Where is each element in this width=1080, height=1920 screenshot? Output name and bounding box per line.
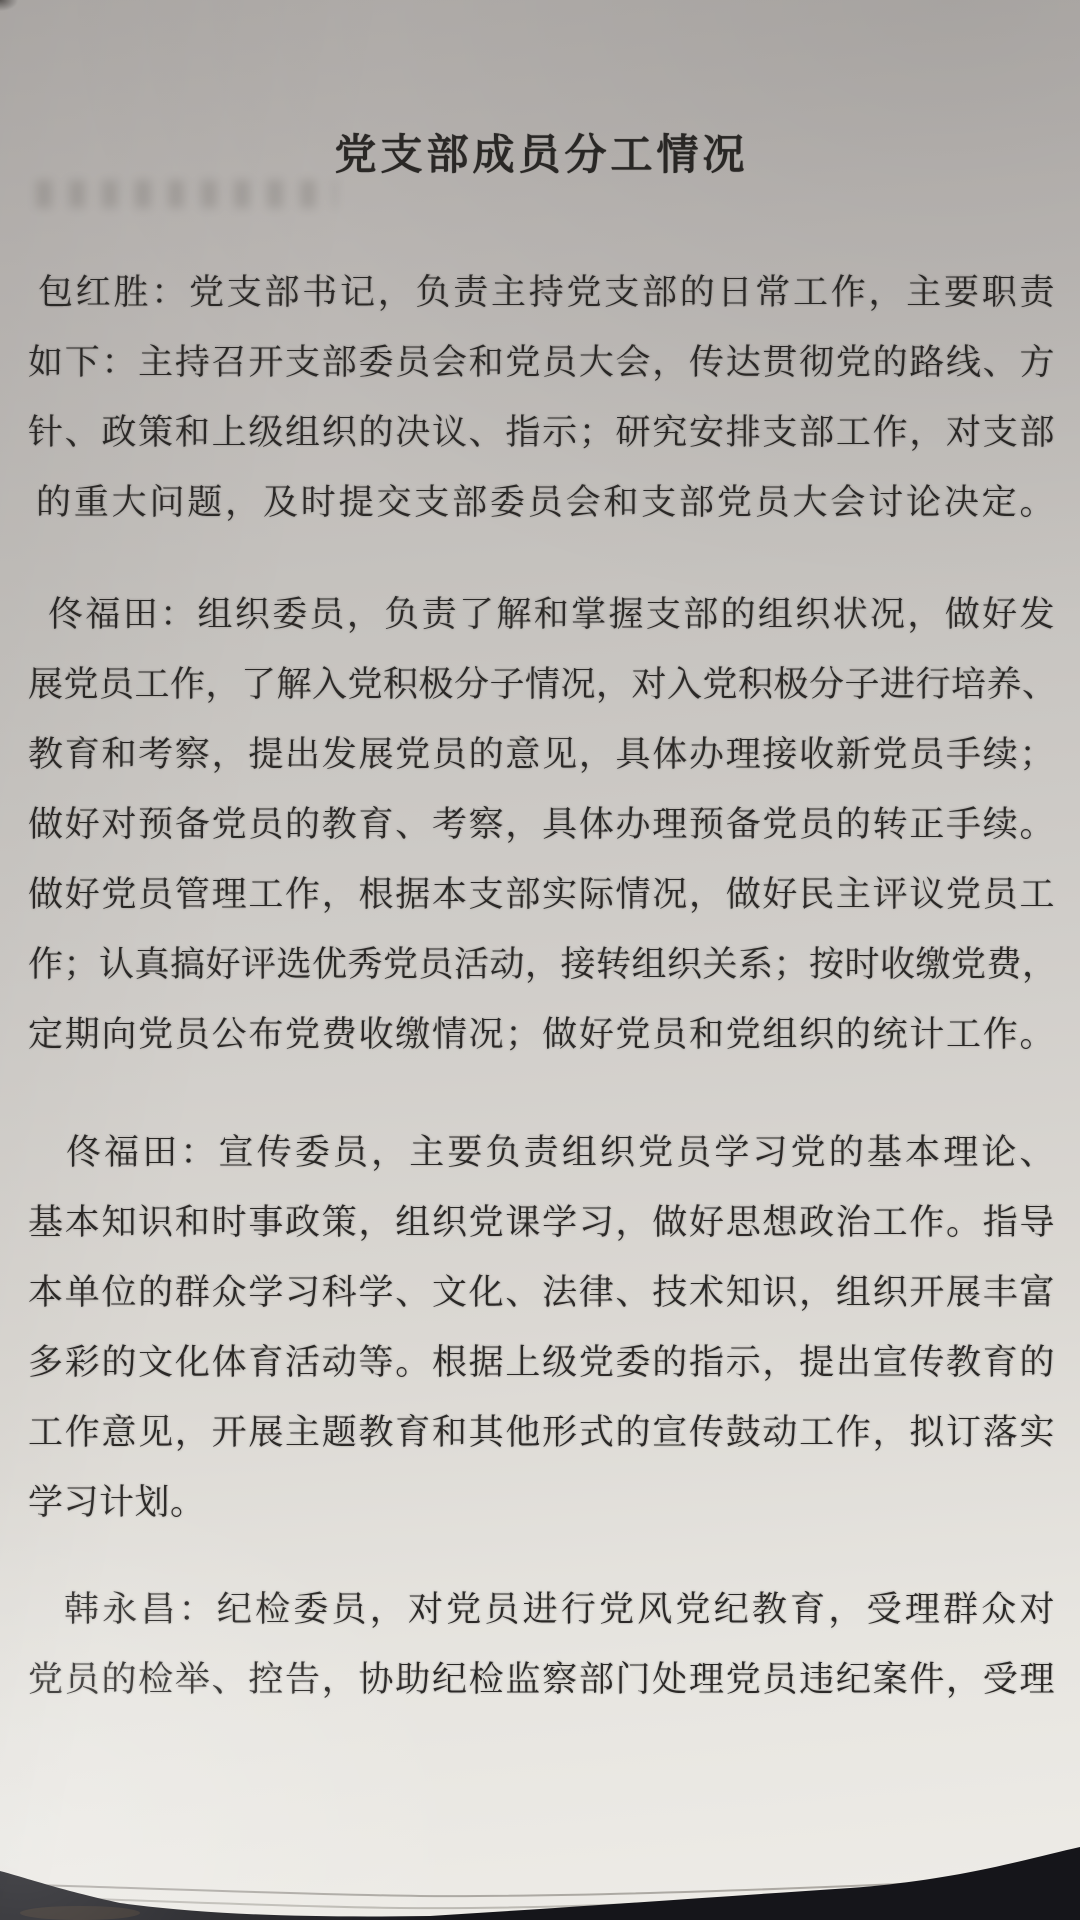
text-line: 党员的检举、控告，协助纪检监察部门处理党员违纪案件，受理 xyxy=(28,1645,1055,1715)
text-line: 韩永昌：纪检委员，对党员进行党风党纪教育，受理群众对 xyxy=(28,1575,1055,1645)
text-line: 多彩的文化体育活动等。根据上级党委的指示，提出宣传教育的 xyxy=(28,1328,1055,1398)
paragraph-organization-committee: 佟福田：组织委员，负责了解和掌握支部的组织状况，做好发 展党员工作，了解入党积极… xyxy=(28,580,1055,1070)
text-line: 佟福田：组织委员，负责了解和掌握支部的组织状况，做好发 xyxy=(28,580,1055,650)
text-line: 本单位的群众学习科学、文化、法律、技术知识，组织开展丰富 xyxy=(28,1258,1055,1328)
text-line: 基本知识和时事政策，组织党课学习，做好思想政治工作。指导 xyxy=(28,1188,1055,1258)
text-line: 佟福田：宣传委员，主要负责组织党员学习党的基本理论、 xyxy=(28,1118,1055,1188)
text-line: 作；认真搞好评选优秀党员活动，接转组织关系；按时收缴党费， xyxy=(28,930,1055,1000)
document-photo: 党支部成员分工情况 包红胜：党支部书记，负责主持党支部的日常工作，主要职责 如下… xyxy=(0,0,1080,1920)
text-line: 针、政策和上级组织的决议、指示；研究安排支部工作，对支部 xyxy=(28,398,1055,468)
text-line: 做好对预备党员的教育、考察，具体办理预备党员的转正手续。 xyxy=(28,790,1055,860)
document-page: 党支部成员分工情况 包红胜：党支部书记，负责主持党支部的日常工作，主要职责 如下… xyxy=(0,0,1080,1920)
paragraph-publicity-committee: 佟福田：宣传委员，主要负责组织党员学习党的基本理论、 基本知识和时事政策，组织党… xyxy=(28,1118,1055,1538)
text-line: 包红胜：党支部书记，负责主持党支部的日常工作，主要职责 xyxy=(28,258,1055,328)
text-line: 的重大问题，及时提交支部委员会和支部党员大会讨论决定。 xyxy=(28,468,1055,538)
text-line: 教育和考察，提出发展党员的意见，具体办理接收新党员手续； xyxy=(28,720,1055,790)
text-line: 工作意见，开展主题教育和其他形式的宣传鼓动工作，拟订落实 xyxy=(28,1398,1055,1468)
document-title: 党支部成员分工情况 xyxy=(28,126,1055,186)
paragraph-discipline-committee: 韩永昌：纪检委员，对党员进行党风党纪教育，受理群众对 党员的检举、控告，协助纪检… xyxy=(28,1575,1055,1715)
paragraph-secretary: 包红胜：党支部书记，负责主持党支部的日常工作，主要职责 如下：主持召开支部委员会… xyxy=(28,258,1055,538)
text-line: 做好党员管理工作，根据本支部实际情况，做好民主评议党员工 xyxy=(28,860,1055,930)
text-line: 如下：主持召开支部委员会和党员大会，传达贯彻党的路线、方 xyxy=(28,328,1055,398)
text-line: 展党员工作，了解入党积极分子情况，对入党积极分子进行培养、 xyxy=(28,650,1055,720)
text-line: 定期向党员公布党费收缴情况；做好党员和党组织的统计工作。 xyxy=(28,1000,1055,1070)
text-line: 学习计划。 xyxy=(28,1468,1055,1538)
